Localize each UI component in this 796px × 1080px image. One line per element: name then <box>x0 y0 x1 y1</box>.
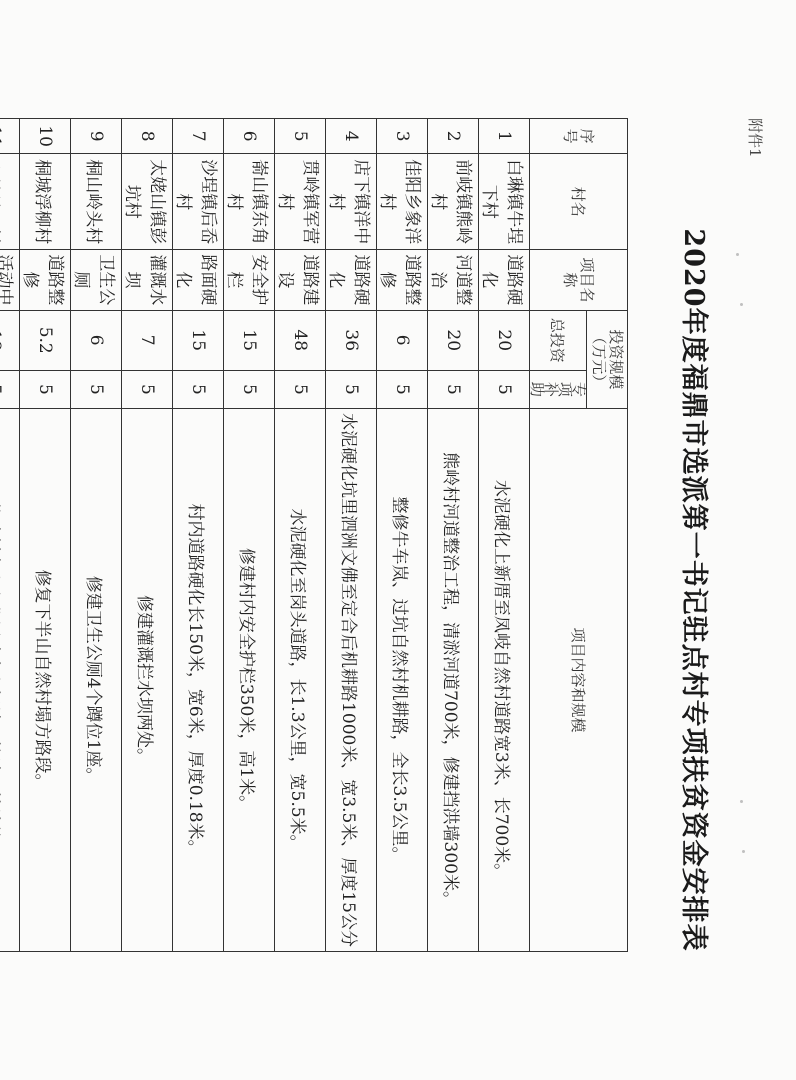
table-header-row: 序号 村名 项目名称 投资规模（万元） 项目内容和规模 <box>587 119 628 952</box>
cell-content: 修复下半山自然村塌方路段。 <box>20 409 71 952</box>
cell-total: 6 <box>377 310 428 370</box>
table-row: 11山前兰田村活动中心185修建村老人文化活动中心场地、护坡、挡墙等。 <box>0 119 20 952</box>
cell-total: 15 <box>224 310 275 370</box>
header-investment: 投资规模（万元） <box>587 310 628 408</box>
cell-village: 佳阳乡象洋村 <box>377 154 428 250</box>
cell-content: 修建卫生公厕4个蹲位1座。 <box>71 409 122 952</box>
document-title: 2020年度福鼎市选派第一书记驻点村专项扶贫资金安排表 <box>677 190 716 990</box>
cell-subsidy: 5 <box>428 370 479 408</box>
cell-content: 水泥硬化上新厝至凤岐自然村道路宽3米、长700米。 <box>479 409 530 952</box>
cell-total: 20 <box>479 310 530 370</box>
cell-seq: 4 <box>326 119 377 154</box>
cell-project: 道路整修 <box>20 250 71 311</box>
table-row: 6嵛山镇东角村安全护栏155修建村内安全护栏350米，高1米。 <box>224 119 275 952</box>
table-row: 3佳阳乡象洋村道路整修65整修牛车岚、过坑自然村机耕路，全长3.5公里。 <box>377 119 428 952</box>
cell-seq: 1 <box>479 119 530 154</box>
cell-village: 前岐镇熊岭村 <box>428 154 479 250</box>
cell-total: 20 <box>428 310 479 370</box>
table-row: 10桐城浮柳村道路整修5.25修复下半山自然村塌方路段。 <box>20 119 71 952</box>
table-row: 4店下镇洋中村道路硬化365水泥硬化坑里泗洲文佛至定合后机耕路1000米、宽3.… <box>326 119 377 952</box>
table-row: 5贯岭镇军营村道路建设485水泥硬化至岗头道路，长1.3公里，宽5.5米。 <box>275 119 326 952</box>
cell-total: 7 <box>122 310 173 370</box>
cell-content: 水泥硬化坑里泗洲文佛至定合后机耕路1000米、宽3.5米、厚度15公分 <box>326 409 377 952</box>
cell-village: 贯岭镇军营村 <box>275 154 326 250</box>
cell-subsidy: 5 <box>326 370 377 408</box>
cell-seq: 9 <box>71 119 122 154</box>
cell-content: 修建村内安全护栏350米，高1米。 <box>224 409 275 952</box>
cell-project: 道路整修 <box>377 250 428 311</box>
table-row: 8太姥山镇彭坑村灌溉水坝75修建灌溉拦水坝两处。 <box>122 119 173 952</box>
cell-total: 5.2 <box>20 310 71 370</box>
cell-content: 村内道路硬化长150米，宽6米，厚度0.18米。 <box>173 409 224 952</box>
cell-seq: 5 <box>275 119 326 154</box>
cell-project: 道路建设 <box>275 250 326 311</box>
cell-project: 河道整治 <box>428 250 479 311</box>
cell-content: 修建灌溉拦水坝两处。 <box>122 409 173 952</box>
rotated-document: 附件1 2020年度福鼎市选派第一书记驻点村专项扶贫资金安排表 序号 村名 项目… <box>196 100 796 1060</box>
cell-village: 太姥山镇彭坑村 <box>122 154 173 250</box>
cell-village: 嵛山镇东角村 <box>224 154 275 250</box>
cell-subsidy: 5 <box>0 370 20 408</box>
header-village: 村名 <box>530 154 628 250</box>
header-total: 总投资 <box>530 310 587 370</box>
cell-subsidy: 5 <box>275 370 326 408</box>
cell-total: 15 <box>173 310 224 370</box>
cell-village: 白琳镇牛埕下村 <box>479 154 530 250</box>
header-subsidy: 专项补助 <box>530 370 587 408</box>
cell-village: 桐山岭头村 <box>71 154 122 250</box>
cell-project: 路面硬化 <box>173 250 224 311</box>
cell-subsidy: 5 <box>377 370 428 408</box>
table-row: 9桐山岭头村卫生公厕65修建卫生公厕4个蹲位1座。 <box>71 119 122 952</box>
cell-subsidy: 5 <box>173 370 224 408</box>
cell-seq: 3 <box>377 119 428 154</box>
cell-project: 活动中心 <box>0 250 20 311</box>
cell-project: 道路硬化 <box>326 250 377 311</box>
cell-project: 灌溉水坝 <box>122 250 173 311</box>
header-project: 项目名称 <box>530 250 628 311</box>
table-row: 2前岐镇熊岭村河道整治205熊岭村河道整治工程，清淤河道700米，修建挡洪墙30… <box>428 119 479 952</box>
table-row: 7沙埕镇后岙村路面硬化155村内道路硬化长150米，宽6米，厚度0.18米。 <box>173 119 224 952</box>
cell-content: 修建村老人文化活动中心场地、护坡、挡墙等。 <box>0 409 20 952</box>
cell-subsidy: 5 <box>20 370 71 408</box>
cell-total: 48 <box>275 310 326 370</box>
cell-subsidy: 5 <box>122 370 173 408</box>
cell-project: 安全护栏 <box>224 250 275 311</box>
cell-total: 18 <box>0 310 20 370</box>
cell-village: 沙埕镇后岙村 <box>173 154 224 250</box>
cell-project: 卫生公厕 <box>71 250 122 311</box>
cell-village: 山前兰田村 <box>0 154 20 250</box>
cell-seq: 7 <box>173 119 224 154</box>
cell-seq: 10 <box>20 119 71 154</box>
cell-subsidy: 5 <box>71 370 122 408</box>
cell-content: 水泥硬化至岗头道路，长1.3公里，宽5.5米。 <box>275 409 326 952</box>
cell-seq: 6 <box>224 119 275 154</box>
cell-subsidy: 5 <box>479 370 530 408</box>
cell-content: 熊岭村河道整治工程，清淤河道700米，修建挡洪墙300米。 <box>428 409 479 952</box>
header-content: 项目内容和规模 <box>530 409 628 952</box>
cell-subsidy: 5 <box>224 370 275 408</box>
cell-village: 桐城浮柳村 <box>20 154 71 250</box>
header-seq: 序号 <box>530 119 628 154</box>
cell-seq: 8 <box>122 119 173 154</box>
funding-table: 序号 村名 项目名称 投资规模（万元） 项目内容和规模 总投资 专项补助 1白琳… <box>0 118 628 952</box>
table-row: 1白琳镇牛埕下村道路硬化205水泥硬化上新厝至凤岐自然村道路宽3米、长700米。 <box>479 119 530 952</box>
attachment-label: 附件1 <box>745 118 766 158</box>
cell-total: 6 <box>71 310 122 370</box>
cell-total: 36 <box>326 310 377 370</box>
cell-village: 店下镇洋中村 <box>326 154 377 250</box>
cell-project: 道路硬化 <box>479 250 530 311</box>
cell-seq: 11 <box>0 119 20 154</box>
cell-seq: 2 <box>428 119 479 154</box>
cell-content: 整修牛车岚、过坑自然村机耕路，全长3.5公里。 <box>377 409 428 952</box>
